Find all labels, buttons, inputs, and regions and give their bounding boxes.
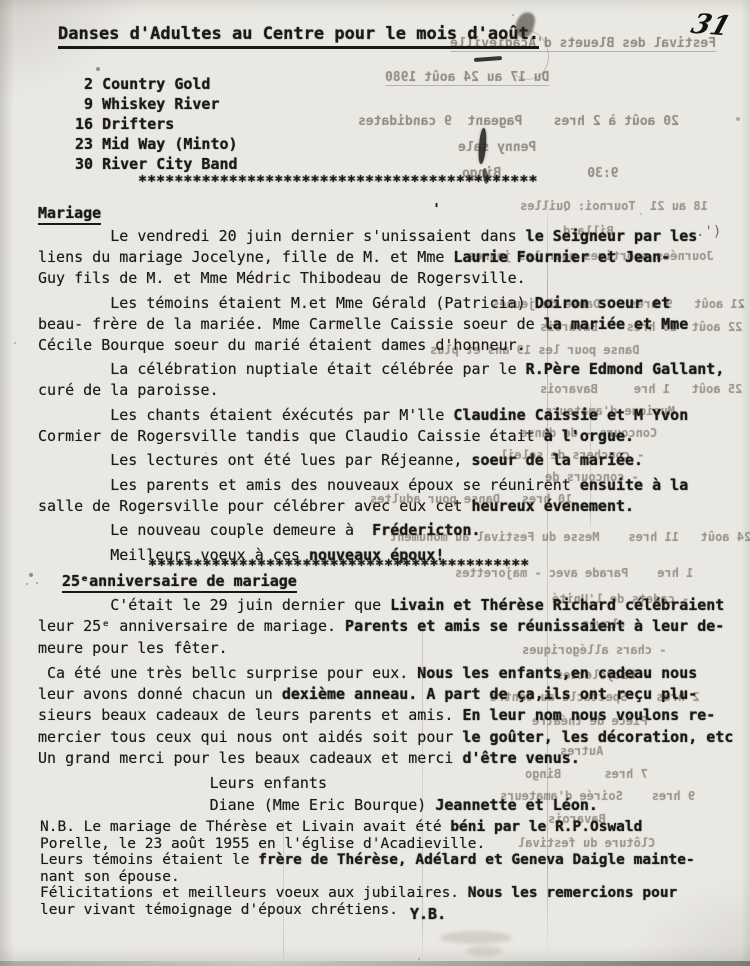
paragraph: Le vendredi 20 juin dernier s'unissaient… [38,226,724,289]
text-segment: nant son épouse. [40,869,180,885]
text-segment: En leur nom nous voulons re- [462,706,715,724]
text-segment: C'était le 29 juin dernier que [38,596,390,614]
text-line: mercier tous ceux qui nous ont aidés soi… [38,727,733,748]
stray-apostrophe-mark: ' [432,200,441,218]
text-segment: soeur de la mariée. [471,451,643,469]
text-segment: leur vivant témoignage d'époux chrétiens… [40,902,398,918]
paper-smudge [466,946,502,956]
text-line: Les lectures ont été lues par Réjeanne, … [38,450,724,471]
paragraph: Les témoins étaient M.et Mme Gérald (Pat… [38,293,724,356]
paragraph: Les chants étaient éxécutés par M'lle Cl… [38,405,724,447]
text-segment: sieurs beaux cadeaux de leurs parents et… [38,706,462,724]
text-line: sieurs beaux cadeaux de leurs parents et… [38,705,733,726]
text-segment: salle de Rogersville pour célébrer avec … [38,497,471,515]
bleedthrough-line: 18 au 21 Tournoi: Quilles [520,199,708,213]
text-segment: dexième anneau. A part de ça,ils ont reç… [282,685,697,703]
paragraph: Les lectures ont été lues par Réjeanne, … [38,450,724,471]
text-line: Cécile Bourque soeur du marié étaient da… [38,335,724,356]
text-line: Leurs témoins étaient le frère de Thérès… [40,852,695,869]
bleedthrough-line: 20 août à 2 hres Pageant 9 candidates [358,114,679,129]
document-page: Festival des Bleuets d'AcadievilleDu 17 … [0,0,750,966]
dance-list: 2 Country Gold 9 Whiskey River16 Drifter… [75,74,238,174]
text-segment: N.B. Le mariage de Thérèse et Livain ava… [40,819,450,835]
text-segment: Claudine Caissie et M Yvon [453,406,688,424]
text-line: salle de Rogersville pour célébrer avec … [38,496,724,517]
text-segment: à l'orgue. [544,427,634,445]
text-line: Porelle, le 23 août 1955 en l'église d'A… [40,836,695,853]
text-segment: Le nouveau couple demeure à [38,521,372,539]
text-line: Les témoins étaient M.et Mme Gérald (Pat… [38,293,724,314]
text-segment: béni par le R.P.Oswald [450,819,642,835]
section-heading-mariage: Mariage [38,204,101,225]
text-segment: d'être venus. [462,749,579,767]
page-title: Danses d'Adultes au Centre pour le mois … [58,24,539,49]
text-segment: Nous les enfants,en cadeau nous [417,664,697,682]
text-segment: ensuite à la [580,476,688,494]
text-segment: heureux évenement. [471,497,634,515]
section-heading-anniversaire: 25ᵉanniversaire de mariage [62,572,297,593]
text-line: Le nouveau couple demeure à Frédericton. [38,520,724,541]
text-line: nant son épouse. [40,869,695,886]
text-line: beau- frère de la mariée. Mme Carmelle C… [38,314,724,335]
bleedthrough-line: Penny sale [458,140,536,155]
text-segment: Les témoins étaient M.et Mme Gérald (Pat… [38,294,535,312]
text-line: Félicitations et meilleurs voeux aux jub… [40,885,695,902]
text-segment: liens du mariage Jocelyne, fille de M. e… [38,248,453,266]
text-segment: Cécile Bourque soeur du marié étaient da… [38,336,526,354]
signature-initials: Y.B. [410,905,446,923]
text-segment: Doiron soeur et [535,294,670,312]
text-segment: La célébration nuptiale était célébrée p… [38,360,526,378]
text-line: leur vivant témoignage d'époux chrétiens… [40,902,695,919]
text-segment: curé de la paroisse. [38,381,219,399]
dance-list-item: 16 Drifters [75,114,238,134]
text-segment: Laurie Fournier et Jean- [453,248,670,266]
text-segment: Livain et Thérèse Richard célébraient [390,596,724,614]
text-line: liens du mariage Jocelyne, fille de M. e… [38,247,724,268]
paper-smudge [440,931,512,944]
dance-list-item: 9 Whiskey River [75,94,238,114]
text-segment: Les chants étaient éxécutés par M'lle [38,406,453,424]
paragraph: Leurs enfants Diane (Mme Eric Bourque) J… [38,773,733,816]
margin-pen-mark: .') [696,224,721,240]
text-segment: Nous les remercions pour [468,885,678,901]
paragraph: Les parents et amis des nouveaux époux s… [38,475,724,517]
text-segment: la mariée et Mme [544,315,689,333]
separator-asterisks-top: ****************************************… [138,172,538,190]
text-segment: Les parents et amis des nouveaux époux s… [38,476,580,494]
text-segment: Ca été une très bellc surprise pour eux. [38,664,417,682]
text-segment: R.Père Edmond Gallant, [526,360,725,378]
text-segment: Félicitations et meilleurs voeux aux jub… [40,885,468,901]
text-segment: Leurs enfants [38,774,327,792]
paper-specks [0,0,2,2]
text-segment: Diane (Mme Eric Bourque) [38,796,435,814]
dance-list-item: 2 Country Gold [75,74,238,94]
paragraph: N.B. Le mariage de Thérèse et Livain ava… [40,819,695,919]
text-segment: beau- frère de la mariée. Mme Carmelle C… [38,315,544,333]
section-body-anniversaire: C'était le 29 juin dernier que Livain et… [38,595,733,820]
text-segment: Le vendredi 20 juin dernier s'unissaient… [38,227,526,245]
text-line: Leurs enfants [38,773,733,794]
text-segment: Frédericton. [372,521,480,539]
paragraph: C'était le 29 juin dernier que Livain et… [38,595,733,659]
text-line: C'était le 29 juin dernier que Livain et… [38,595,733,616]
text-line: meure pour les fêter. [38,638,733,659]
text-segment: Cormier de Rogersville tandis que Claudi… [38,427,544,445]
paragraph: Le nouveau couple demeure à Frédericton. [38,520,724,541]
text-line: Un grand merci pour les beaux cadeaux et… [38,748,733,769]
text-segment: Un grand merci pour les beaux cadeaux et… [38,749,462,767]
text-line: Les parents et amis des nouveaux époux s… [38,475,724,496]
dance-list-item: 30 River City Band [75,154,238,174]
text-line: curé de la paroisse. [38,380,724,401]
text-segment: mercier tous ceux qui nous ont aidés soi… [38,728,462,746]
text-line: Guy fils de M. et Mme Médric Thibodeau d… [38,268,724,289]
text-line: La célébration nuptiale était célébrée p… [38,359,724,380]
section-body-mariage: Le vendredi 20 juin dernier s'unissaient… [38,226,724,569]
text-segment: leur 25ᵉ anniversaire de mariage. [38,617,345,635]
text-segment: Guy fils de M. et Mme Médric Thibodeau d… [38,269,526,287]
text-segment: Leurs témoins étaient le [40,852,258,868]
text-line: leur avons donné chacun un dexième annea… [38,684,733,705]
text-line: N.B. Le mariage de Thérèse et Livain ava… [40,819,695,836]
text-line: Diane (Mme Eric Bourque) Jeannette et Lé… [38,795,733,816]
text-segment: le Seigneur par les [526,227,698,245]
text-segment: Jeannette et Léon. [435,796,598,814]
paragraph: Ca été une très bellc surprise pour eux.… [38,663,733,769]
text-segment: meure pour les fêter. [38,639,228,657]
text-segment: Porelle, le 23 août 1955 en l'église d'A… [40,836,485,852]
section-body-nota-bene: N.B. Le mariage de Thérèse et Livain ava… [40,819,695,919]
text-line: Ca été une très bellc surprise pour eux.… [38,663,733,684]
text-segment: Parents et amis se réunissaient à leur d… [345,617,724,635]
paragraph: La célébration nuptiale était célébrée p… [38,359,724,401]
text-segment: frère de Thérèse, Adélard et Geneva Daig… [258,852,695,868]
text-line: Cormier de Rogersville tandis que Claudi… [38,426,724,447]
text-line: Le vendredi 20 juin dernier s'unissaient… [38,226,724,247]
dance-list-item: 23 Mid Way (Minto) [75,134,238,154]
text-line: Les chants étaient éxécutés par M'lle Cl… [38,405,724,426]
text-segment: Les lectures ont été lues par Réjeanne, [38,451,471,469]
text-line: leur 25ᵉ anniversaire de mariage. Parent… [38,616,733,637]
page-bottom-edge-shadow [0,961,750,966]
text-segment: le goûter, les décoration, etc [462,728,733,746]
text-segment: leur avons donné chacun un [38,685,282,703]
